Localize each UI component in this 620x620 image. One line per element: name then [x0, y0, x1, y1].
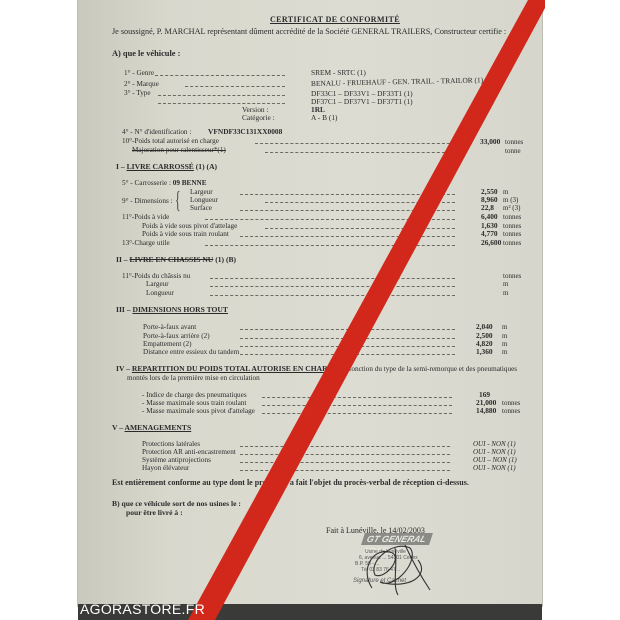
section-2-number: II –	[116, 255, 128, 264]
dotted-line	[262, 405, 452, 406]
row-unit: tonnes	[503, 238, 521, 248]
page-title: CERTIFICAT DE CONFORMITÉ	[270, 15, 400, 24]
section-4-number: IV –	[116, 364, 130, 373]
dotted-line	[210, 286, 455, 287]
dotted-line	[262, 397, 452, 398]
row-unit: tonnes	[502, 406, 520, 416]
dotted-line	[240, 346, 455, 347]
watermark: AGORASTORE.FR	[80, 601, 205, 617]
row-unit: m	[503, 288, 508, 298]
row-label: Distance entre essieux du tandem	[143, 347, 239, 357]
section-3-heading: III – DIMENSIONS HORS TOUT	[116, 305, 228, 315]
dimensions-label: 9° - Dimensions :	[122, 196, 173, 206]
dotted-line	[210, 278, 455, 279]
dotted-line	[265, 202, 455, 203]
dotted-line	[265, 152, 455, 153]
dotted-line	[240, 354, 455, 355]
categorie-value: A - B (1)	[311, 113, 337, 123]
dotted-line	[240, 446, 450, 447]
row-label: - Masse maximale sous pivot d'attelage	[142, 406, 255, 416]
carrosserie-value: 09 BENNE	[173, 179, 207, 187]
dotted-line	[240, 329, 455, 330]
dotted-line	[185, 86, 285, 87]
section-3-title: DIMENSIONS HORS TOUT	[132, 305, 228, 314]
section-5-number: V –	[112, 423, 123, 432]
dotted-line	[240, 470, 450, 471]
dotted-line	[205, 219, 455, 220]
signature-label: Signature et Cachet	[353, 578, 406, 584]
section-5-heading: V – AMENAGEMENTS	[112, 423, 191, 433]
carrosserie-label-text: 5° - Carrosserie :	[122, 179, 171, 187]
section-b-line-2: pour être livré à :	[126, 508, 183, 518]
company-stamp: GT GENERAL TRAILERS Usine de Lunéville 6…	[353, 533, 433, 593]
section-4-title: REPARTITION DU POIDS TOTAL AUTORISE EN C…	[132, 364, 339, 373]
majoration-label: Majoration pour ralentisseur*(1)	[132, 145, 226, 155]
dotted-line	[240, 210, 455, 211]
row-label: Longueur	[146, 288, 174, 298]
row-value: 14,880	[476, 406, 496, 416]
section-1-heading: I – LIVRE CARROSSÉ (1) (A)	[116, 162, 217, 172]
gt-logo: GT GENERAL TRAILERS	[361, 533, 433, 545]
row-value: 1,360	[476, 347, 493, 357]
section-2-suffix: (1) (B)	[215, 255, 236, 264]
majoration-unit: tonne	[505, 146, 521, 156]
conformity-statement: Est entièrement conforme au type dont le…	[112, 478, 469, 488]
dotted-line	[240, 462, 450, 463]
section-1-title: LIVRE CARROSSÉ	[127, 162, 194, 171]
dotted-line	[240, 454, 450, 455]
dotted-line	[205, 245, 455, 246]
section-3-number: III –	[116, 305, 131, 314]
section-2-title: LIVRE EN CHASSIS NU	[130, 255, 214, 264]
categorie-label: Catégorie :	[242, 113, 275, 123]
dotted-line	[240, 194, 455, 195]
dotted-line	[158, 103, 285, 104]
dotted-line	[240, 338, 455, 339]
row-unit: m	[502, 347, 507, 357]
brace: {	[175, 188, 181, 214]
stamp-line-4: Tél 03 83 76 47 ..	[361, 567, 400, 573]
dotted-line	[155, 75, 285, 76]
row-label: 13°-Charge utile	[122, 238, 170, 248]
dotted-line	[255, 143, 455, 144]
row-label: Hayon élévateur	[142, 463, 189, 473]
section-a-heading: A) que le véhicule :	[112, 49, 180, 59]
row-label: Surface	[190, 203, 212, 213]
section-1-number: I –	[116, 162, 125, 171]
ptac-value: 33,000	[480, 137, 500, 147]
dotted-line	[265, 228, 455, 229]
dotted-line	[158, 95, 285, 96]
section-4-subline: montés lors de la première mise en circu…	[127, 373, 260, 383]
row-value: 26,600	[481, 238, 501, 248]
type-label: 3° - Type	[124, 88, 151, 98]
section-2-heading: II – LIVRE EN CHASSIS NU (1) (B)	[116, 255, 236, 265]
genre-value: SREM - SRTC (1)	[311, 68, 366, 78]
genre-label: 1° - Genre	[124, 68, 154, 78]
section-5-title: AMENAGEMENTS	[125, 423, 192, 432]
intro-text: Je soussigné, P. MARCHAL représentant dû…	[112, 27, 506, 37]
dotted-line	[210, 295, 455, 296]
section-4-suffix: en fonction du type de la semi-remorque …	[340, 365, 517, 373]
type-value-2: DF37C1 – DF37V1 – DF37T1 (1)	[311, 97, 413, 107]
dotted-line	[262, 413, 452, 414]
section-1-suffix: (1) (A)	[196, 162, 217, 171]
row-value: OUI - NON (1)	[473, 463, 516, 473]
dotted-line	[240, 236, 455, 237]
id-value: VFNDF33C131XX0008	[208, 127, 282, 137]
